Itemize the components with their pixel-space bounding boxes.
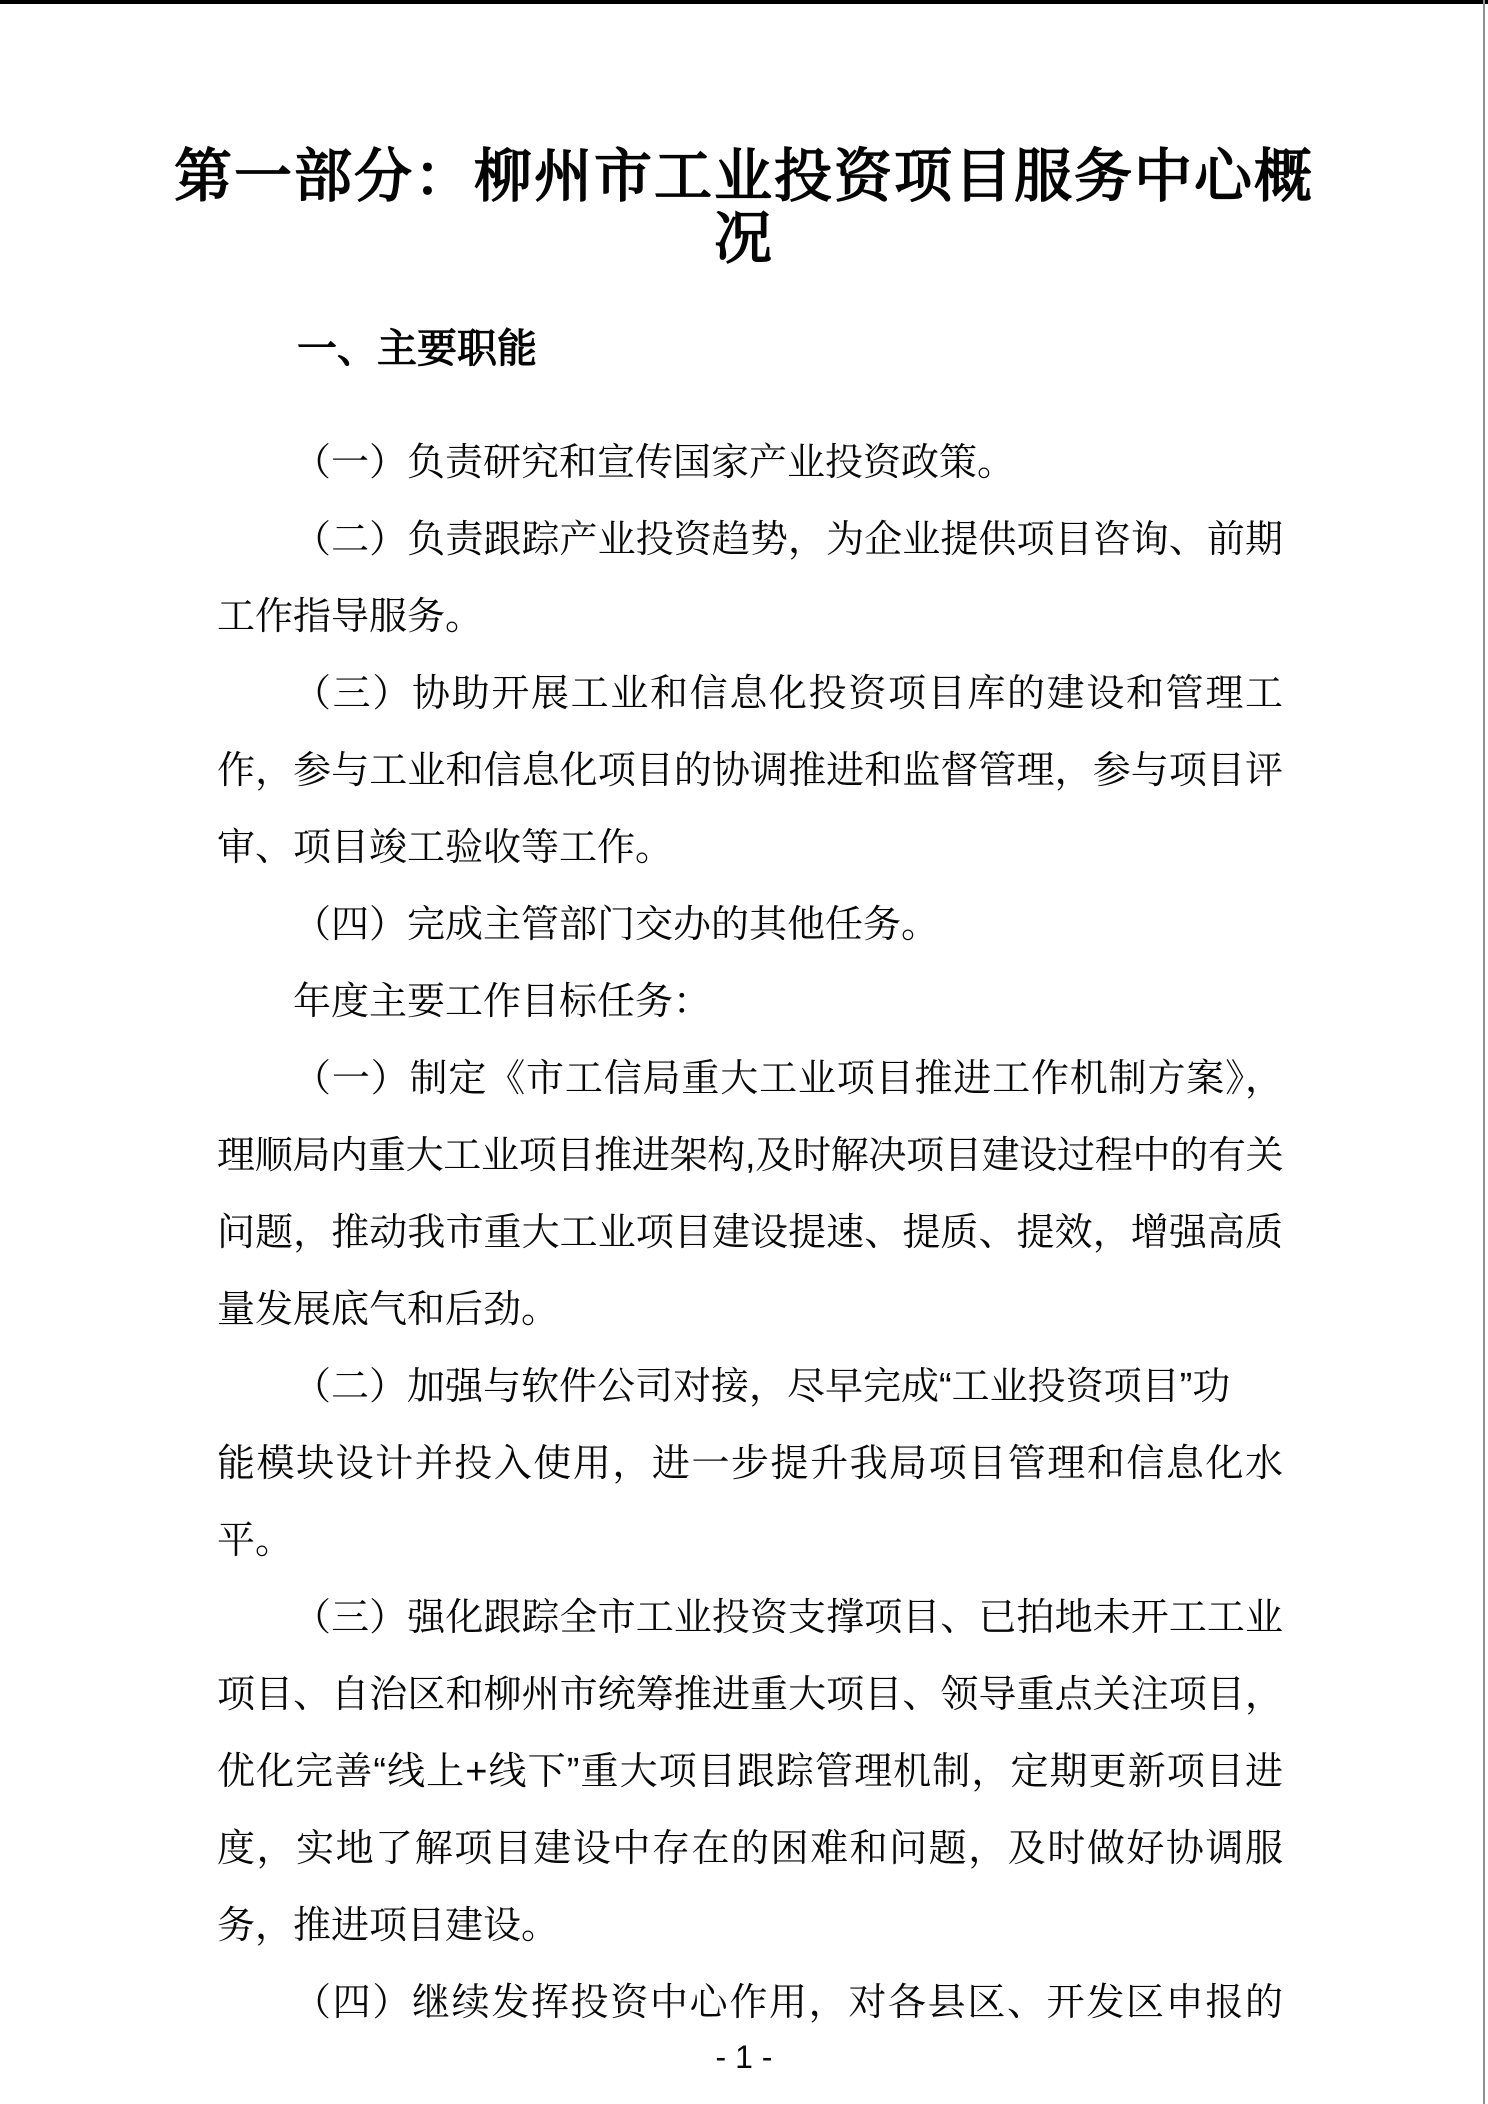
body-line: 审、项目竣工验收等工作。 — [217, 810, 1283, 887]
body-line: （四）完成主管部门交办的其他任务。 — [217, 887, 1283, 964]
body-line: 问题，推动我市重大工业项目建设提速、提质、提效，增强高质 — [217, 1195, 1283, 1272]
document-title-line-1: 第一部分：柳州市工业投资项目服务中心概 — [104, 146, 1384, 208]
body-line: 平。 — [217, 1503, 1283, 1580]
body-line: 能模块设计并投入使用，进一步提升我局项目管理和信息化水 — [217, 1426, 1283, 1503]
document-body: （一）负责研究和宣传国家产业投资政策。（二）负责跟踪产业投资趋势，为企业提供项目… — [217, 425, 1283, 2042]
body-line: 理顺局内重大工业项目推进架构,及时解决项目建设过程中的有关 — [217, 1118, 1283, 1195]
body-line: 量发展底气和后劲。 — [217, 1272, 1283, 1349]
body-line: （一）负责研究和宣传国家产业投资政策。 — [217, 425, 1283, 502]
document-page: 第一部分：柳州市工业投资项目服务中心概 况 一、主要职能 （一）负责研究和宣传国… — [0, 0, 1488, 2104]
body-line: 度，实地了解项目建设中存在的困难和问题，及时做好协调服 — [217, 1811, 1283, 1888]
scan-right-edge-line — [1483, 0, 1485, 2104]
document-title: 第一部分：柳州市工业投资项目服务中心概 况 — [104, 146, 1384, 270]
body-line: 年度主要工作目标任务： — [217, 964, 1283, 1041]
page-number: - 1 - — [0, 2036, 1488, 2078]
body-line: （三）强化跟踪全市工业投资支撑项目、已拍地未开工工业 — [217, 1580, 1283, 1657]
body-line: （二）加强与软件公司对接，尽早完成“工业投资项目”功 — [217, 1349, 1283, 1426]
body-line: （一）制定《市工信局重大工业项目推进工作机制方案》， — [217, 1041, 1283, 1118]
body-line: （二）负责跟踪产业投资趋势，为企业提供项目咨询、前期 — [217, 502, 1283, 579]
body-line: （三）协助开展工业和信息化投资项目库的建设和管理工 — [217, 656, 1283, 733]
body-line: 优化完善“线上+线下”重大项目跟踪管理机制，定期更新项目进 — [217, 1734, 1283, 1811]
body-line: 作，参与工业和信息化项目的协调推进和监督管理，参与项目评 — [217, 733, 1283, 810]
section-heading: 一、主要职能 — [217, 311, 1283, 388]
body-line: 项目、自治区和柳州市统筹推进重大项目、领导重点关注项目， — [217, 1657, 1283, 1734]
scan-top-bar — [0, 0, 1488, 4]
body-line: （四）继续发挥投资中心作用，对各县区、开发区申报的 — [217, 1965, 1283, 2042]
body-line: 务，推进项目建设。 — [217, 1888, 1283, 1965]
document-title-line-2: 况 — [104, 208, 1384, 270]
body-line: 工作指导服务。 — [217, 579, 1283, 656]
